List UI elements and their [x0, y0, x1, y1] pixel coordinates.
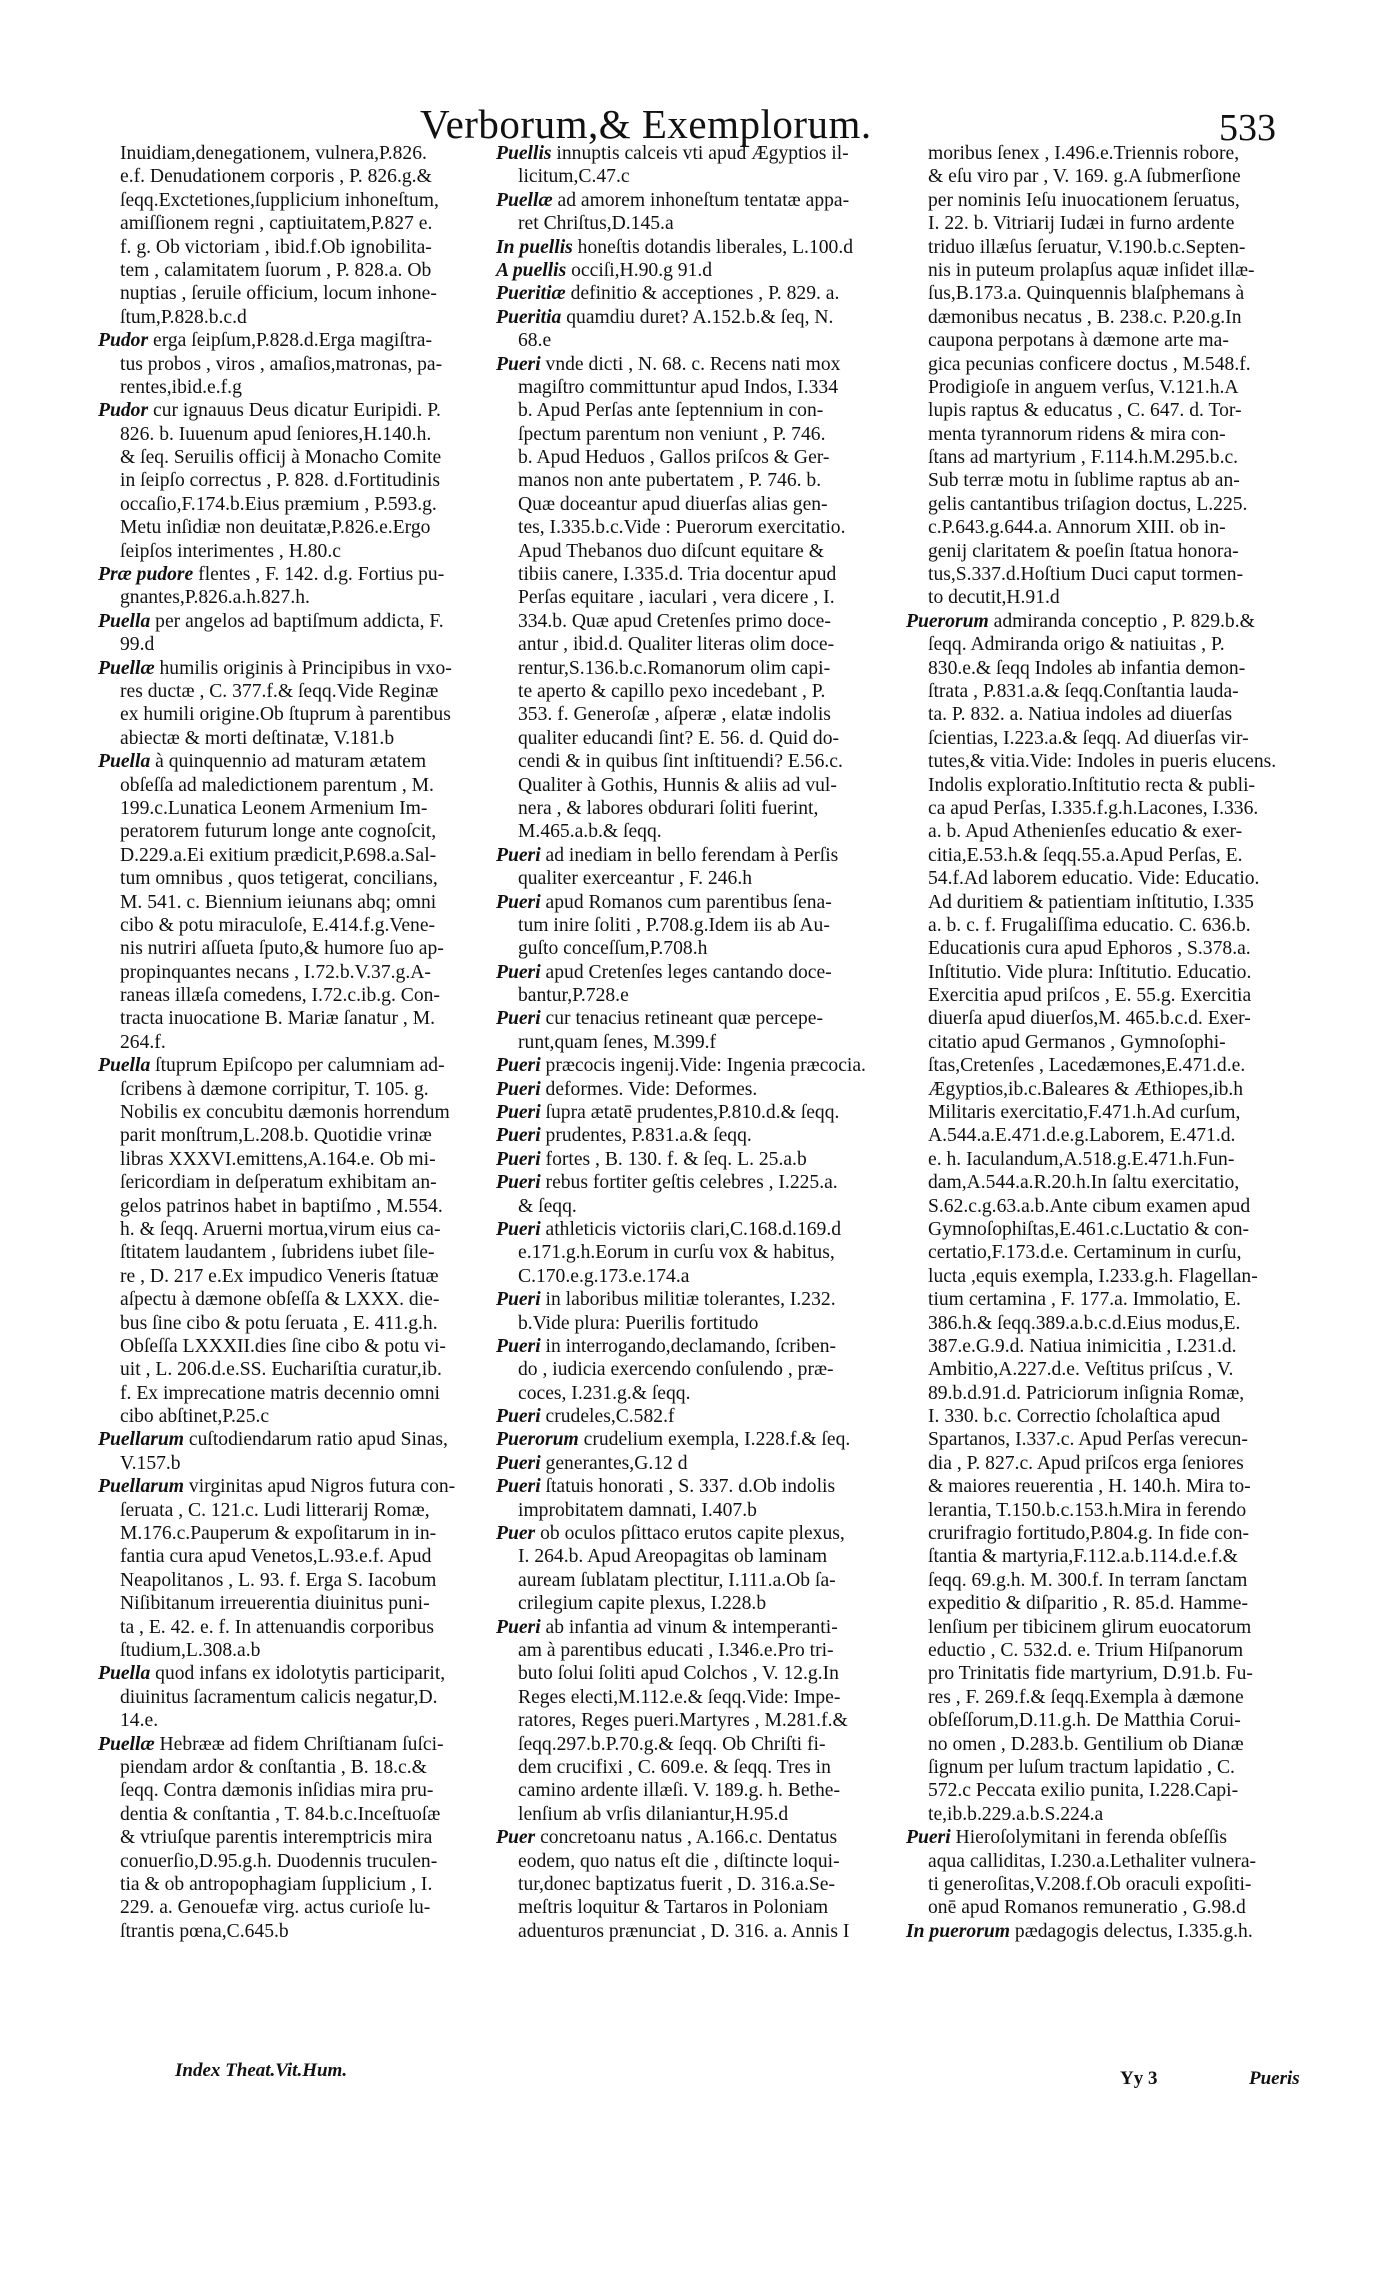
index-entry-line: aſpectu à dæmone obſeſſa & LXXX. die- [98, 1288, 502, 1311]
entry-text: admiranda conceptio , P. 829.b.& [989, 611, 1255, 632]
entry-text: crudeles,C.582.f [541, 1406, 675, 1427]
entry-text: in interrogando,declamando, ſcriben- [541, 1336, 836, 1357]
entry-text: Obſeſſa LXXXII.dies ſine cibo & potu vi- [120, 1336, 446, 1357]
index-entry-line: 830.e.& ſeqq Indoles ab infantia demon- [906, 657, 1310, 680]
entry-text: S.62.c.g.63.a.b.Ante cibum examen apud [928, 1196, 1250, 1217]
entry-text: ſus,B.173.a. Quinquennis blaſphemans à [928, 283, 1244, 304]
entry-text: erga ſeipſum,P.828.d.Erga magiſtra- [148, 330, 432, 351]
index-entry-line: auream ſublatam plectitur, I.111.a.Ob ſa… [496, 1569, 908, 1592]
index-entry-line: Militaris exercitatio,F.471.h.Ad curſum, [906, 1101, 1310, 1124]
entry-text: gelos patrinos habet in baptiſmo , M.554… [120, 1196, 443, 1217]
index-entry-line: dæmonibus necatus , B. 238.c. P.20.g.In [906, 306, 1310, 329]
index-entry-line: Apud Thebanos duo diſcunt equitare & [496, 540, 908, 563]
index-entry-headword-line: Pueri in laboribus militiæ tolerantes, I… [496, 1288, 908, 1311]
entry-text: am à parentibus educati , I.346.e.Pro tr… [518, 1640, 834, 1661]
entry-keyword: Puerorum [496, 1429, 579, 1450]
entry-text: rentur,S.136.b.c.Romanorum olim capi- [518, 658, 830, 679]
entry-text: 387.e.G.9.d. Natiua inimicitia , I.231.d… [928, 1336, 1237, 1357]
index-entry-line: & ſeqq. [496, 1195, 908, 1218]
entry-text: tia & ob antropophagiam ſupplicium , I. [120, 1874, 432, 1895]
index-entry-line: Reges electi,M.112.e.& ſeqq.Vide: Impe- [496, 1686, 908, 1709]
index-entry-line: 99.d [98, 633, 502, 656]
index-entry-line: ca apud Perſas, I.335.f.g.h.Lacones, I.3… [906, 797, 1310, 820]
entry-text: antur , ibid.d. Qualiter literas olim do… [518, 634, 834, 655]
index-entry-line: coces, I.231.g.& ſeqq. [496, 1382, 908, 1405]
index-entry-line: ta , E. 42. e. f. In attenuandis corpori… [98, 1616, 502, 1639]
entry-text: 334.b. Quæ apud Cretenſes primo doce- [518, 611, 831, 632]
index-entry-line: Ægyptios,ib.c.Baleares & Æthiopes,ib.h [906, 1078, 1310, 1101]
index-entry-line: 386.h.& ſeqq.389.a.b.c.d.Eius modus,E. [906, 1312, 1310, 1335]
index-entry-line: crurifragio fortitudo,P.804.g. In fide c… [906, 1522, 1310, 1545]
entry-text: ſtudium,L.308.a.b [120, 1640, 260, 1661]
entry-keyword: Puer [496, 1523, 535, 1544]
entry-text: gnantes,P.826.a.h.827.h. [120, 587, 310, 608]
entry-keyword: Pudor [98, 330, 148, 351]
index-entry-line: in ſeipſo correctus , P. 828. d.Fortitud… [98, 469, 502, 492]
entry-text: & ſeq. Seruilis officij à Monacho Comite [120, 447, 441, 468]
entry-text: piendam ardor & conſtantia , B. 18.c.& [120, 1757, 427, 1778]
entry-text: dem crucifixi , C. 609.e. & ſeqq. Tres i… [518, 1757, 831, 1778]
index-entry-line: cibo abſtinet,P.25.c [98, 1405, 502, 1428]
entry-text: nis in puteum prolapſus aquæ inſidet ill… [928, 260, 1255, 281]
index-entry-headword-line: Pueri prudentes, P.831.a.& ſeqq. [496, 1124, 908, 1147]
index-entry-line: rentur,S.136.b.c.Romanorum olim capi- [496, 657, 908, 680]
entry-text: I. 330. b.c. Correctio ſcholaſtica apud [928, 1406, 1220, 1427]
index-entry-headword-line: Pueri crudeles,C.582.f [496, 1405, 908, 1428]
entry-text: 229. a. Genouefæ virg. actus curioſe lu- [120, 1897, 430, 1918]
index-entry-line: occaſio,F.174.b.Eius præmium , P.593.g. [98, 493, 502, 516]
index-entry-line: Nobilis ex concubitu dæmonis horrendum [98, 1101, 502, 1124]
entry-text: concretoanu natus , A.166.c. Dentatus [535, 1827, 837, 1848]
index-entry-line: ſericordiam in deſperatum exhibitam an- [98, 1171, 502, 1194]
entry-text: flentes , F. 142. d.g. Fortius pu- [193, 564, 444, 585]
index-entry-line: propinquantes necans , I.72.b.V.37.g.A- [98, 961, 502, 984]
index-entry-headword-line: Præ pudore flentes , F. 142. d.g. Fortiu… [98, 563, 502, 586]
entry-text: Educationis cura apud Ephoros , S.378.a. [928, 938, 1251, 959]
index-entry-line: C.170.e.g.173.e.174.a [496, 1265, 908, 1288]
entry-keyword: Pueri [496, 1453, 541, 1474]
entry-text: fortes , B. 130. f. & ſeq. L. 25.a.b [541, 1149, 807, 1170]
index-entry-line: Sub terræ motu in ſublime raptus ab an- [906, 469, 1310, 492]
index-entry-line: Qualiter à Gothis, Hunnis & aliis ad vul… [496, 774, 908, 797]
index-entry-line: bus ſine cibo & potu ſeruata , E. 411.g.… [98, 1312, 502, 1335]
index-entry-line: nis nutriri aſſueta ſputo,& humore ſuo a… [98, 937, 502, 960]
entry-text: tes, I.335.b.c.Vide : Puerorum exercitat… [518, 517, 845, 538]
index-entry-headword-line: Pueri fortes , B. 130. f. & ſeq. L. 25.a… [496, 1148, 908, 1171]
index-entry-line: b. Apud Heduos , Gallos priſcos & Ger- [496, 446, 908, 469]
index-entry-line: tum inire ſoliti , P.708.g.Idem iis ab A… [496, 914, 908, 937]
entry-keyword: Puella [98, 751, 150, 772]
index-entry-line: ſtrata , P.831.a.& ſeqq.Conſtantia lauda… [906, 680, 1310, 703]
index-entry-line: ſeipſos interimentes , H.80.c [98, 540, 502, 563]
index-entry-headword-line: Pueri apud Romanos cum parentibus ſena- [496, 891, 908, 914]
entry-keyword: Puellarum [98, 1429, 184, 1450]
index-entry-line: ſus,B.173.a. Quinquennis blaſphemans à [906, 282, 1310, 305]
entry-keyword: Pueri [496, 892, 541, 913]
index-entry-headword-line: Pueri athleticis victoriis clari,C.168.d… [496, 1218, 908, 1241]
entry-text: Prodigioſe in anguem verſus, V.121.h.A [928, 377, 1239, 398]
entry-keyword: Pueri [496, 1289, 541, 1310]
entry-text: obſeſſa ad maledictionem parentum , M. [120, 775, 434, 796]
entry-text: diuerſa apud diuerſos,M. 465.b.c.d. Exer… [928, 1008, 1251, 1029]
entry-text: Metu inſidiæ non deuitatæ,P.826.e.Ergo [120, 517, 430, 538]
index-entry-line: nuptias , ſeruile officium, locum inhone… [98, 282, 502, 305]
entry-text: crudelium exempla, I.228.f.& ſeq. [579, 1429, 851, 1450]
entry-keyword: Puellarum [98, 1476, 184, 1497]
index-entry-line: f. g. Ob victoriam , ibid.f.Ob ignobilit… [98, 236, 502, 259]
entry-text: per angelos ad baptiſmum addicta, F. [150, 611, 443, 632]
index-entry-line: pro Trinitatis fide martyrium, D.91.b. F… [906, 1662, 1310, 1685]
index-entry-line: e. h. Iaculandum,A.518.g.E.471.h.Fun- [906, 1148, 1310, 1171]
entry-text: diuinitus ſacramentum calicis negatur,D. [120, 1687, 438, 1708]
index-entry-line: a. b. Apud Athenienſes educatio & exer- [906, 820, 1310, 843]
index-entry-line: Perſas equitare , iaculari , vera dicere… [496, 586, 908, 609]
index-entry-line: a. b. c. f. Frugaliſſima educatio. C. 63… [906, 914, 1310, 937]
index-entry-line: 89.b.d.91.d. Patriciorum inſignia Romæ, [906, 1382, 1310, 1405]
entry-keyword: Puellis [496, 143, 552, 164]
index-entry-line: abiectæ & morti deſtinatæ, V.181.b [98, 727, 502, 750]
index-entry-line: nis in puteum prolapſus aquæ inſidet ill… [906, 259, 1310, 282]
entry-text: libras XXXVI.emittens,A.164.e. Ob mi- [120, 1149, 436, 1170]
index-entry-headword-line: Pueritia quamdiu duret? A.152.b.& ſeq, N… [496, 306, 908, 329]
entry-keyword: Puella [98, 1663, 150, 1684]
entry-text: tum omnibus , quos tetigerat, concilians… [120, 868, 438, 889]
entry-text: occiſi,H.90.g 91.d [566, 260, 712, 281]
index-entry-line: tus probos , viros , amaſios,matronas, p… [98, 353, 502, 376]
catchword: Pueris [1249, 2068, 1300, 2090]
index-entry-line: ſtitatem laudantem , ſubridens iubet ſil… [98, 1241, 502, 1264]
entry-text: ſtuprum Epiſcopo per calumniam ad- [150, 1055, 444, 1076]
index-entry-line: bantur,P.728.e [496, 984, 908, 1007]
entry-text: dia , P. 827.c. Apud priſcos erga ſenior… [928, 1453, 1244, 1474]
entry-text: Perſas equitare , iaculari , vera dicere… [518, 587, 835, 608]
index-entry-line: citatio apud Germanos , Gymnoſophi- [906, 1031, 1310, 1054]
entry-keyword: Pueri [496, 1476, 541, 1497]
index-entry-line: to decutit,H.91.d [906, 586, 1310, 609]
entry-text: a. b. c. f. Frugaliſſima educatio. C. 63… [928, 915, 1251, 936]
index-entry-line: citia,E.53.h.& ſeqq.55.a.Apud Perſas, E. [906, 844, 1310, 867]
entry-text: uit , L. 206.d.e.SS. Euchariſtia curatur… [120, 1359, 442, 1380]
entry-text: Inſtitutio. Vide plura: Inſtitutio. Educ… [928, 962, 1251, 983]
entry-text: ſtans ad martyrium , F.114.h.M.295.b.c. [928, 447, 1238, 468]
entry-text: 14.e. [120, 1710, 158, 1731]
index-entry-headword-line: Pueri generantes,G.12 d [496, 1452, 908, 1475]
entry-text: menta tyrannorum ridens & mira con- [928, 424, 1226, 445]
entry-text: gica pecunias conficere doctus , M.548.f… [928, 354, 1251, 375]
entry-text: lenſium ab vrſis dilaniantur,H.95.d [518, 1804, 788, 1825]
index-entry-line: peratorem futurum longe ante cognoſcit, [98, 820, 502, 843]
entry-text: & ſeqq. [518, 1196, 577, 1217]
entry-text: aqua calliditas, I.230.a.Lethaliter vuln… [928, 1851, 1256, 1872]
entry-text: per nominis Ieſu inuocationem ſeruatus, [928, 190, 1240, 211]
index-entry-line: guſto conceſſum,P.708.h [496, 937, 908, 960]
index-entry-line: lenſium per tibicinem glirum euocatorum [906, 1616, 1310, 1639]
index-entry-line: & ſeq. Seruilis officij à Monacho Comite [98, 446, 502, 469]
index-entry-line: te aperto & capillo pexo incedebant , P. [496, 680, 908, 703]
entry-text: abiectæ & morti deſtinatæ, V.181.b [120, 728, 394, 749]
entry-text: ſtum,P.828.b.c.d [120, 307, 247, 328]
entry-text: humilis originis à Principibus in vxo- [155, 658, 452, 679]
entry-text: fantia cura apud Venetos,L.93.e.f. Apud [120, 1546, 431, 1567]
entry-keyword: Pueri [496, 354, 541, 375]
index-entry-line: menta tyrannorum ridens & mira con- [906, 423, 1310, 446]
entry-text: ſeqq.297.b.P.70.g.& ſeqq. Ob Chriſti fi- [518, 1734, 826, 1755]
entry-text: Sub terræ motu in ſublime raptus ab an- [928, 470, 1240, 491]
entry-keyword: Puellæ [98, 658, 155, 679]
entry-text: coces, I.231.g.& ſeqq. [518, 1383, 691, 1404]
entry-text: Ægyptios,ib.c.Baleares & Æthiopes,ib.h [928, 1079, 1243, 1100]
entry-text: M.176.c.Pauperum & expoſitarum in in- [120, 1523, 436, 1544]
entry-text: Nobilis ex concubitu dæmonis horrendum [120, 1102, 450, 1123]
index-entry-line: 572.c Peccata exilio punita, I.228.Capi- [906, 1779, 1310, 1802]
entry-text: ab infantia ad vinum & intemperanti- [541, 1617, 838, 1638]
entry-text: qualiter exerceantur , F. 246.h [518, 868, 752, 889]
index-entry-line: aduenturos prænunciat , D. 316. a. Annis… [496, 1920, 908, 1943]
entry-text: à quinquennio ad maturam ætatem [150, 751, 426, 772]
index-entry-line: ex humili origine.Ob ſtuprum à parentibu… [98, 703, 502, 726]
entry-text: licitum,C.47.c [518, 166, 630, 187]
entry-keyword: Pueri [496, 1079, 541, 1100]
entry-text: to decutit,H.91.d [928, 587, 1060, 608]
index-entry-line: I. 264.b. Apud Areopagitas ob laminam [496, 1545, 908, 1568]
index-entry-headword-line: A puellis occiſi,H.90.g 91.d [496, 259, 908, 282]
entry-text: definitio & acceptiones , P. 829. a. [566, 283, 840, 304]
entry-text: dentia & conſtantia , T. 84.b.c.Inceſtuo… [120, 1804, 440, 1825]
index-entry-line: libras XXXVI.emittens,A.164.e. Ob mi- [98, 1148, 502, 1171]
index-entry-line: per nominis Ieſu inuocationem ſeruatus, [906, 189, 1310, 212]
entry-keyword: A puellis [496, 260, 566, 281]
entry-text: honeſtis dotandis liberales, L.100.d [573, 237, 853, 258]
entry-text: cuſtodiendarum ratio apud Sinas, [184, 1429, 448, 1450]
entry-text: ſcientias, I.223.a.& ſeqq. Ad diuerſas v… [928, 728, 1249, 749]
entry-text: quod infans ex idolotytis participarit, [150, 1663, 445, 1684]
index-entry-headword-line: Puellæ ad amorem inhoneſtum tentatæ appa… [496, 189, 908, 212]
index-entry-line: Indolis exploratio.Inſtitutio recta & pu… [906, 774, 1310, 797]
index-entry-line: ſeqq. 69.g.h. M. 300.f. In terram ſancta… [906, 1569, 1310, 1592]
entry-text: citia,E.53.h.& ſeqq.55.a.Apud Perſas, E. [928, 845, 1243, 866]
index-entry-line: meſtris loquitur & Tartaros in Poloniam [496, 1896, 908, 1919]
entry-text: in laboribus militiæ tolerantes, I.232. [541, 1289, 836, 1310]
entry-text: nera , & labores obdurari ſoliti fuerint… [518, 798, 818, 819]
entry-text: e. h. Iaculandum,A.518.g.E.471.h.Fun- [928, 1149, 1234, 1170]
index-entry-line: fantia cura apud Venetos,L.93.e.f. Apud [98, 1545, 502, 1568]
entry-text: b.Vide plura: Puerilis fortitudo [518, 1313, 758, 1334]
entry-text: 89.b.d.91.d. Patriciorum inſignia Romæ, [928, 1383, 1244, 1404]
entry-text: aduenturos prænunciat , D. 316. a. Annis… [518, 1921, 849, 1942]
index-entry-line: Ambitio,A.227.d.e. Veſtitus priſcus , V. [906, 1358, 1310, 1381]
index-entry-line: tus,S.337.d.Hoſtium Duci caput tormen- [906, 563, 1310, 586]
index-entry-line: tracta inuocatione B. Mariæ ſanatur , M. [98, 1007, 502, 1030]
entry-text: genij claritatem & poeſin ſtatua honora- [928, 541, 1239, 562]
index-entry-line: Quæ doceantur apud diuerſas alias gen- [496, 493, 908, 516]
index-entry-line: aqua calliditas, I.230.a.Lethaliter vuln… [906, 1850, 1310, 1873]
index-entry-line: res , F. 269.f.& ſeqq.Exempla à dæmone [906, 1686, 1310, 1709]
index-entry-line: raneas illæſa comedens, I.72.c.ib.g. Con… [98, 984, 502, 1007]
entry-text: ſeipſos interimentes , H.80.c [120, 541, 341, 562]
entry-text: Neapolitanos , L. 93. f. Erga S. Iacobum [120, 1570, 436, 1591]
entry-text: triduo illæſus ſeruatur, V.190.b.c.Septe… [928, 237, 1245, 258]
index-entry-line: ſtas,Cretenſes , Lacedæmones,E.471.d.e. [906, 1054, 1310, 1077]
entry-keyword: Pudor [98, 400, 148, 421]
entry-text: 386.h.& ſeqq.389.a.b.c.d.Eius modus,E. [928, 1313, 1240, 1334]
index-entry-line: certatio,F.173.d.e. Certaminum in curſu, [906, 1241, 1310, 1264]
entry-keyword: Pueri [496, 1617, 541, 1638]
index-entry-line: re , D. 217 e.Ex impudico Veneris ſtatuæ [98, 1265, 502, 1288]
index-entry-headword-line: In puerorum pædagogis delectus, I.335.g.… [906, 1920, 1310, 1943]
index-entry-line: eodem, quo natus eſt die , diſtincte loq… [496, 1850, 908, 1873]
index-entry-line: e.f. Denudationem corporis , P. 826.g.& [98, 165, 502, 188]
index-entry-line: diuerſa apud diuerſos,M. 465.b.c.d. Exer… [906, 1007, 1310, 1030]
entry-text: f. g. Ob victoriam , ibid.f.Ob ignobilit… [120, 237, 432, 258]
index-entry-line: tes, I.335.b.c.Vide : Puerorum exercitat… [496, 516, 908, 539]
entry-text: Apud Thebanos duo diſcunt equitare & [518, 541, 824, 562]
entry-text: manos non ante pubertatem , P. 746. b. [518, 470, 821, 491]
index-entry-line: Neapolitanos , L. 93. f. Erga S. Iacobum [98, 1569, 502, 1592]
index-entry-line: expeditio & diſparitio , R. 85.d. Hamme- [906, 1592, 1310, 1615]
entry-text: crilegium capite plexus, I.228.b [518, 1593, 766, 1614]
entry-text: f. Ex imprecatione matris decennio omni [120, 1383, 440, 1404]
entry-text: no omen , D.283.b. Gentilium ob Dianæ [928, 1734, 1244, 1755]
index-entry-line: conuerſio,D.95.g.h. Duodennis truculen- [98, 1850, 502, 1873]
entry-text: ta , E. 42. e. f. In attenuandis corpori… [120, 1617, 434, 1638]
index-entry-line: no omen , D.283.b. Gentilium ob Dianæ [906, 1733, 1310, 1756]
index-entry-line: I. 22. b. Vitriarij Iudæi in furno arden… [906, 212, 1310, 235]
entry-text: ſtas,Cretenſes , Lacedæmones,E.471.d.e. [928, 1055, 1245, 1076]
index-entry-line: tibiis canere, I.335.d. Tria docentur ap… [496, 563, 908, 586]
index-entry-line: nera , & labores obdurari ſoliti fuerint… [496, 797, 908, 820]
entry-text: dam,A.544.a.R.20.h.In ſaltu exercitatio, [928, 1172, 1239, 1193]
entry-text: auream ſublatam plectitur, I.111.a.Ob ſa… [518, 1570, 836, 1591]
entry-text: ſtrantis pœna,C.645.b [120, 1921, 289, 1942]
entry-text: ſignum per luſum tractum lapidatio , C. [928, 1757, 1235, 1778]
entry-text: cur tenacius retineant quæ percepe- [541, 1008, 823, 1029]
entry-text: improbitatem damnati, I.407.b [518, 1500, 757, 1521]
index-entry-line: Spartanos, I.337.c. Apud Perſas verecun- [906, 1428, 1310, 1451]
index-entry-line: D.229.a.Ei exitium prædicit,P.698.a.Sal- [98, 844, 502, 867]
entry-keyword: Pueritiæ [496, 283, 566, 304]
index-entry-headword-line: Puella quod infans ex idolotytis partici… [98, 1662, 502, 1685]
index-entry-line: Ad duritiem & patientiam inſtitutio, I.3… [906, 891, 1310, 914]
entry-text: Ad duritiem & patientiam inſtitutio, I.3… [928, 892, 1254, 913]
footer-imprint: Index Theat.Vit.Hum. [175, 2060, 347, 2082]
entry-text: vnde dicti , N. 68. c. Recens nati mox [541, 354, 841, 375]
entry-text: ſeqq. Contra dæmonis inſidias mira pru- [120, 1780, 433, 1801]
entry-text: ex humili origine.Ob ſtuprum à parentibu… [120, 704, 451, 725]
entry-keyword: Pueri [496, 1055, 541, 1076]
index-entry-line: gnantes,P.826.a.h.827.h. [98, 586, 502, 609]
entry-text: guſto conceſſum,P.708.h [518, 938, 707, 959]
index-entry-line: M. 541. c. Biennium ieiunans abq; omni [98, 891, 502, 914]
entry-keyword: Puellæ [98, 1734, 155, 1755]
index-entry-line: Obſeſſa LXXXII.dies ſine cibo & potu vi- [98, 1335, 502, 1358]
index-entry-headword-line: Puer concretoanu natus , A.166.c. Dentat… [496, 1826, 908, 1849]
entry-text: certatio,F.173.d.e. Certaminum in curſu, [928, 1242, 1242, 1263]
index-entry-line: I. 330. b.c. Correctio ſcholaſtica apud [906, 1405, 1310, 1428]
entry-text: Ambitio,A.227.d.e. Veſtitus priſcus , V. [928, 1359, 1233, 1380]
index-entry-line: ſtans ad martyrium , F.114.h.M.295.b.c. [906, 446, 1310, 469]
index-entry-headword-line: Pueri cur tenacius retineant quæ percepe… [496, 1007, 908, 1030]
index-entry-line: genij claritatem & poeſin ſtatua honora- [906, 540, 1310, 563]
entry-text: tibiis canere, I.335.d. Tria docentur ap… [518, 564, 836, 585]
entry-text: obſeſſorum,D.11.g.h. De Matthia Corui- [928, 1710, 1241, 1731]
index-entry-line: 826. b. Iuuenum apud ſeniores,H.140.h. [98, 423, 502, 446]
index-entry-line: te,ib.b.229.a.b.S.224.a [906, 1803, 1310, 1826]
entry-text: lenſium per tibicinem glirum euocatorum [928, 1617, 1251, 1638]
entry-keyword: Puerorum [906, 611, 989, 632]
index-entry-line: tium certamina , F. 177.a. Immolatio, E. [906, 1288, 1310, 1311]
entry-text: 572.c Peccata exilio punita, I.228.Capi- [928, 1780, 1238, 1801]
entry-text: virginitas apud Nigros futura con- [184, 1476, 455, 1497]
entry-keyword: Pueri [496, 1172, 541, 1193]
index-entry-headword-line: Pueri præcocis ingenij.Vide: Ingenia præ… [496, 1054, 908, 1077]
index-entry-line: b.Vide plura: Puerilis fortitudo [496, 1312, 908, 1335]
entry-text: buto ſolui ſoliti apud Colchos , V. 12.g… [518, 1663, 839, 1684]
index-entry-line: 68.e [496, 329, 908, 352]
index-entry-line: ſtantia & martyria,F.112.a.b.114.d.e.f.& [906, 1545, 1310, 1568]
index-entry-line: crilegium capite plexus, I.228.b [496, 1592, 908, 1615]
index-entry-line: & vtriuſque parentis interemptricis mira [98, 1826, 502, 1849]
index-entry-line: ſtudium,L.308.a.b [98, 1639, 502, 1662]
index-entry-line: runt,quam ſenes, M.399.f [496, 1031, 908, 1054]
index-entry-line: magiſtro committuntur apud Indos, I.334 [496, 376, 908, 399]
entry-text: C.170.e.g.173.e.174.a [518, 1266, 689, 1287]
index-entry-headword-line: Pueritiæ definitio & acceptiones , P. 82… [496, 282, 908, 305]
entry-keyword: Pueri [496, 1008, 541, 1029]
index-entry-headword-line: Pueri ad inediam in bello ferendam à Per… [496, 844, 908, 867]
entry-text: dæmonibus necatus , B. 238.c. P.20.g.In [928, 307, 1242, 328]
entry-text: raneas illæſa comedens, I.72.c.ib.g. Con… [120, 985, 440, 1006]
index-entry-line: M.465.a.b.& ſeqq. [496, 820, 908, 843]
index-entry-headword-line: Pueri ſupra ætatē prudentes,P.810.d.& ſe… [496, 1101, 908, 1124]
entry-text: 264.f. [120, 1032, 166, 1053]
entry-text: I. 264.b. Apud Areopagitas ob laminam [518, 1546, 827, 1567]
index-entry-line: ſcribens à dæmone corripitur, T. 105. g. [98, 1078, 502, 1101]
entry-text: Indolis exploratio.Inſtitutio recta & pu… [928, 775, 1255, 796]
entry-text: præcocis ingenij.Vide: Ingenia præcocia. [541, 1055, 866, 1076]
entry-text: apud Cretenſes leges cantando doce- [541, 962, 832, 983]
entry-text: a. b. Apud Athenienſes educatio & exer- [928, 821, 1242, 842]
entry-text: b. Apud Perſas ante ſeptennium in con- [518, 400, 823, 421]
entry-text: tium certamina , F. 177.a. Immolatio, E. [928, 1289, 1241, 1310]
entry-text: expeditio & diſparitio , R. 85.d. Hamme- [928, 1593, 1248, 1614]
index-entry-line: lenſium ab vrſis dilaniantur,H.95.d [496, 1803, 908, 1826]
index-entry-line: M.176.c.Pauperum & expoſitarum in in- [98, 1522, 502, 1545]
entry-text: cendi & in quibus ſint inſtituendi? E.56… [518, 751, 843, 772]
entry-text: V.157.b [120, 1453, 181, 1474]
entry-text: 54.f.Ad laborem educatio. Vide: Educatio… [928, 868, 1259, 889]
entry-text: rentes,ibid.e.f.g [120, 377, 242, 398]
entry-keyword: Pueri [496, 1149, 541, 1170]
index-entry-headword-line: Pueri Hieroſolymitani in ferenda obſeſſi… [906, 1826, 1310, 1849]
entry-text: Niſibitanum irreuerentia diuinitus puni- [120, 1593, 430, 1614]
entry-keyword: Pueri [496, 1102, 541, 1123]
entry-keyword: Pueri [496, 962, 541, 983]
index-entry-headword-line: Pueri rebus fortiter geſtis celebres , I… [496, 1171, 908, 1194]
entry-text: & vtriuſque parentis interemptricis mira [120, 1827, 432, 1848]
entry-text: eodem, quo natus eſt die , diſtincte loq… [518, 1851, 840, 1872]
index-entry-headword-line: Puellarum cuſtodiendarum ratio apud Sina… [98, 1428, 502, 1451]
entry-text: ret Chriſtus,D.145.a [518, 213, 674, 234]
index-entry-line: tutes,& vitia.Vide: Indoles in pueris el… [906, 750, 1310, 773]
entry-text: tus probos , viros , amaſios,matronas, p… [120, 354, 442, 375]
index-entry-line: 353. f. Generoſæ , aſperæ , elatæ indoli… [496, 703, 908, 726]
index-entry-line: cendi & in quibus ſint inſtituendi? E.56… [496, 750, 908, 773]
index-entry-headword-line: Puerorum admiranda conceptio , P. 829.b.… [906, 610, 1310, 633]
entry-text: moribus ſenex , I.496.e.Triennis robore, [928, 143, 1239, 164]
index-entry-line: ſeqq.Exctetiones,ſupplicium inhoneſtum, [98, 189, 502, 212]
index-column-3: moribus ſenex , I.496.e.Triennis robore,… [906, 142, 1310, 1943]
entry-text: deformes. Vide: Deformes. [541, 1079, 758, 1100]
